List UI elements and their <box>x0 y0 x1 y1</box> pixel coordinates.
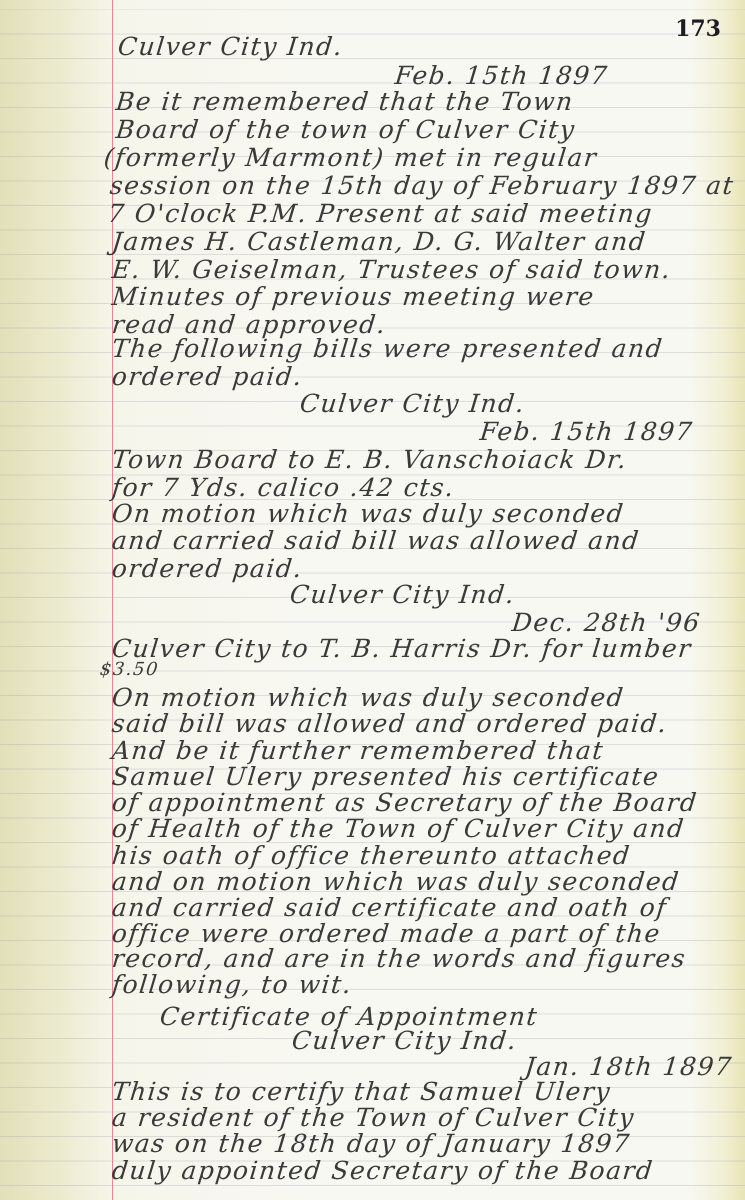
handwritten-line: Town Board to E. B. Vanschoiack Dr. <box>110 445 628 474</box>
handwritten-line: a resident of the Town of Culver City <box>110 1103 636 1132</box>
handwritten-line: Minutes of previous meeting were <box>110 282 596 311</box>
handwritten-line: and carried said certificate and oath of <box>110 893 668 922</box>
handwritten-line: The following bills were presented and <box>110 334 664 363</box>
handwritten-line: was on the 18th day of January 1897 <box>110 1129 631 1158</box>
margin-amount: $3.50 <box>99 659 160 680</box>
handwritten-line: Board of the town of Culver City <box>114 115 577 144</box>
handwritten-line: and carried said bill was allowed and <box>110 526 641 555</box>
handwritten-line: of Health of the Town of Culver City and <box>110 814 686 843</box>
handwritten-line: duly appointed Secretary of the Board <box>110 1156 655 1185</box>
handwritten-line: Samuel Ulery presented his certificate <box>110 762 660 791</box>
handwritten-line: Feb. 15th 1897 <box>393 61 609 90</box>
handwritten-line: This is to certify that Samuel Ulery <box>110 1077 612 1106</box>
handwritten-line: of appointment as Secretary of the Board <box>110 788 699 817</box>
handwritten-line: Feb. 15th 1897 <box>478 417 694 446</box>
handwritten-line: said bill was allowed and ordered paid. <box>110 709 669 738</box>
handwritten-line: record, and are in the words and figures <box>110 944 687 973</box>
handwritten-line: Be it remembered that the Town <box>114 87 575 116</box>
handwritten-line: (formerly Marmont) met in regular <box>102 143 598 172</box>
handwritten-line: Culver City Ind. <box>290 1026 518 1055</box>
handwritten-line: session on the 15th day of February 1897… <box>108 171 735 200</box>
handwritten-line: his oath of office thereunto attached <box>110 841 632 870</box>
handwritten-line: for 7 Yds. calico .42 cts. <box>110 473 456 502</box>
handwritten-line: ordered paid. <box>110 362 304 391</box>
handwritten-line: ordered paid. <box>110 554 304 583</box>
handwritten-line: Culver City Ind. <box>298 389 526 418</box>
handwritten-line: And be it further remembered that <box>110 736 605 765</box>
handwritten-line: James H. Castleman, D. G. Walter and <box>110 227 647 256</box>
handwritten-line: Dec. 28th '96 <box>510 608 702 637</box>
handwritten-line: E. W. Geiselman, Trustees of said town. <box>110 255 672 284</box>
handwritten-line: following, to wit. <box>110 970 353 999</box>
handwritten-line: Culver City Ind. <box>116 32 344 61</box>
handwritten-line: Culver City Ind. <box>288 580 516 609</box>
page-number: 173 <box>675 16 721 42</box>
handwritten-line: On motion which was duly seconded <box>110 499 625 528</box>
handwritten-line: 7 O'clock P.M. Present at said meeting <box>106 199 654 228</box>
handwritten-line: Culver City to T. B. Harris Dr. for lumb… <box>110 634 693 663</box>
ledger-page: 173 Culver City Ind.Feb. 15th 1897Be it … <box>0 0 745 1200</box>
handwritten-line: On motion which was duly seconded <box>110 683 625 712</box>
handwritten-line: and on motion which was duly seconded <box>110 867 681 896</box>
